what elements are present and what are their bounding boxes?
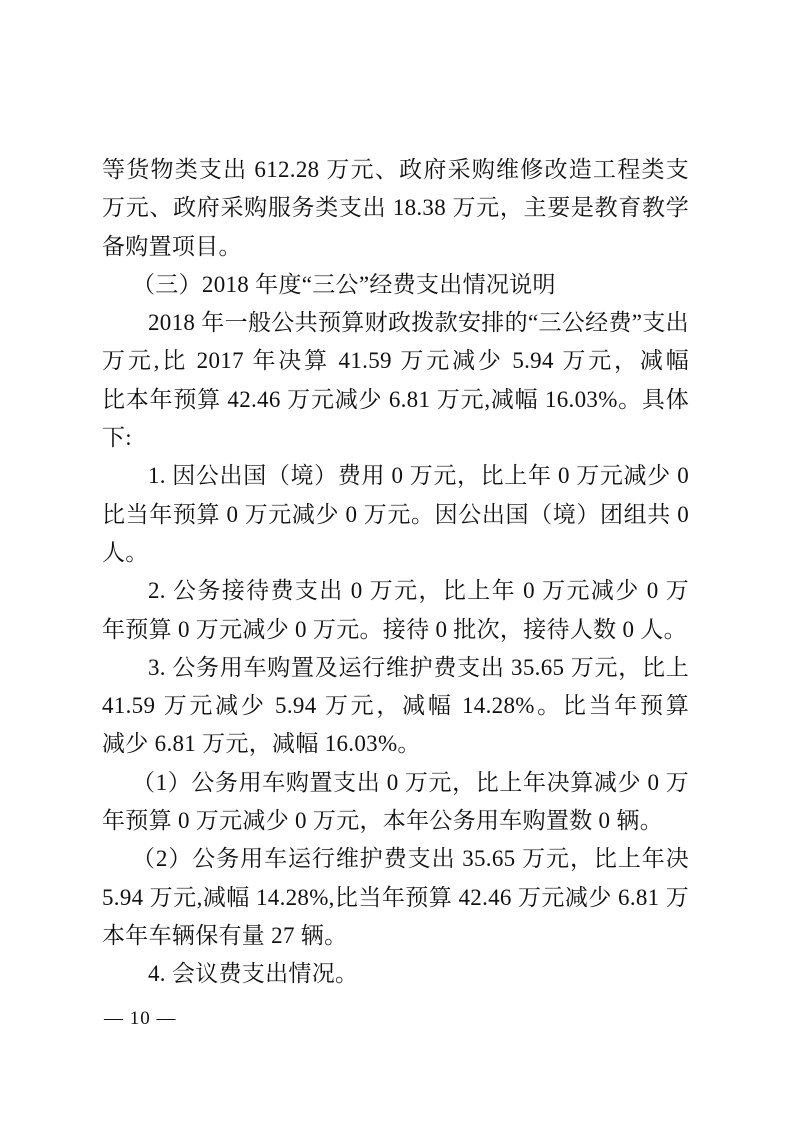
- text-line: 2. 公务接待费支出 0 万元，比上年 0 万元减少 0 万元，比当: [102, 572, 689, 610]
- text-line: 减少 6.81 万元，减幅 16.03%。: [102, 725, 689, 763]
- text-line: 5.94 万元,减幅 14.28%,比当年预算 42.46 万元减少 6.81 …: [102, 879, 689, 917]
- section-heading: （三）2018 年度“三公”经费支出情况说明: [102, 266, 689, 304]
- text-line: 2018 年一般公共预算财政拨款安排的“三公经费”支出 35.65: [102, 304, 689, 342]
- text-line: 4. 会议费支出情况。: [102, 955, 689, 993]
- text-line: 比本年预算 42.46 万元减少 6.81 万元,减幅 16.03%。具体情况如: [102, 381, 689, 419]
- text-line: 下:: [102, 419, 689, 457]
- text-line: 1. 因公出国（境）费用 0 万元，比上年 0 万元减少 0 万元,: [102, 457, 689, 495]
- text-line: （2）公务用车运行维护费支出 35.65 万元，比上年决算减少: [102, 840, 689, 878]
- text-line: 人。: [102, 534, 689, 572]
- text-line: 万元、政府采购服务类支出 18.38 万元，主要是教育教学设施设: [102, 189, 689, 227]
- text-line: 年预算 0 万元减少 0 万元。接待 0 批次，接待人数 0 人。: [102, 611, 689, 649]
- text-line: 备购置项目。: [102, 228, 689, 266]
- text-line: （1）公务用车购置支出 0 万元，比上年决算减少 0 万元，比当: [102, 764, 689, 802]
- text-line: 比当年预算 0 万元减少 0 万元。因公出国（境）团组共 0 批次,0: [102, 496, 689, 534]
- document-body: 等货物类支出 612.28 万元、政府采购维修改造工程类支出 97.31 万元、…: [102, 151, 689, 994]
- text-line: 本年车辆保有量 27 辆。: [102, 917, 689, 955]
- text-line: 等货物类支出 612.28 万元、政府采购维修改造工程类支出 97.31: [102, 151, 689, 189]
- text-line: 万元,比 2017 年决算 41.59 万元减少 5.94 万元，减幅 14.2…: [102, 342, 689, 380]
- document-page: 等货物类支出 612.28 万元、政府采购维修改造工程类支出 97.31 万元、…: [0, 0, 793, 1122]
- page-number: — 10 —: [104, 1006, 177, 1032]
- text-line: 41.59 万元减少 5.94 万元，减幅 14.28%。比当年预算 42.46…: [102, 687, 689, 725]
- text-line: 年预算 0 万元减少 0 万元，本年公务用车购置数 0 辆。: [102, 802, 689, 840]
- text-line: 3. 公务用车购置及运行维护费支出 35.65 万元，比上年决算: [102, 649, 689, 687]
